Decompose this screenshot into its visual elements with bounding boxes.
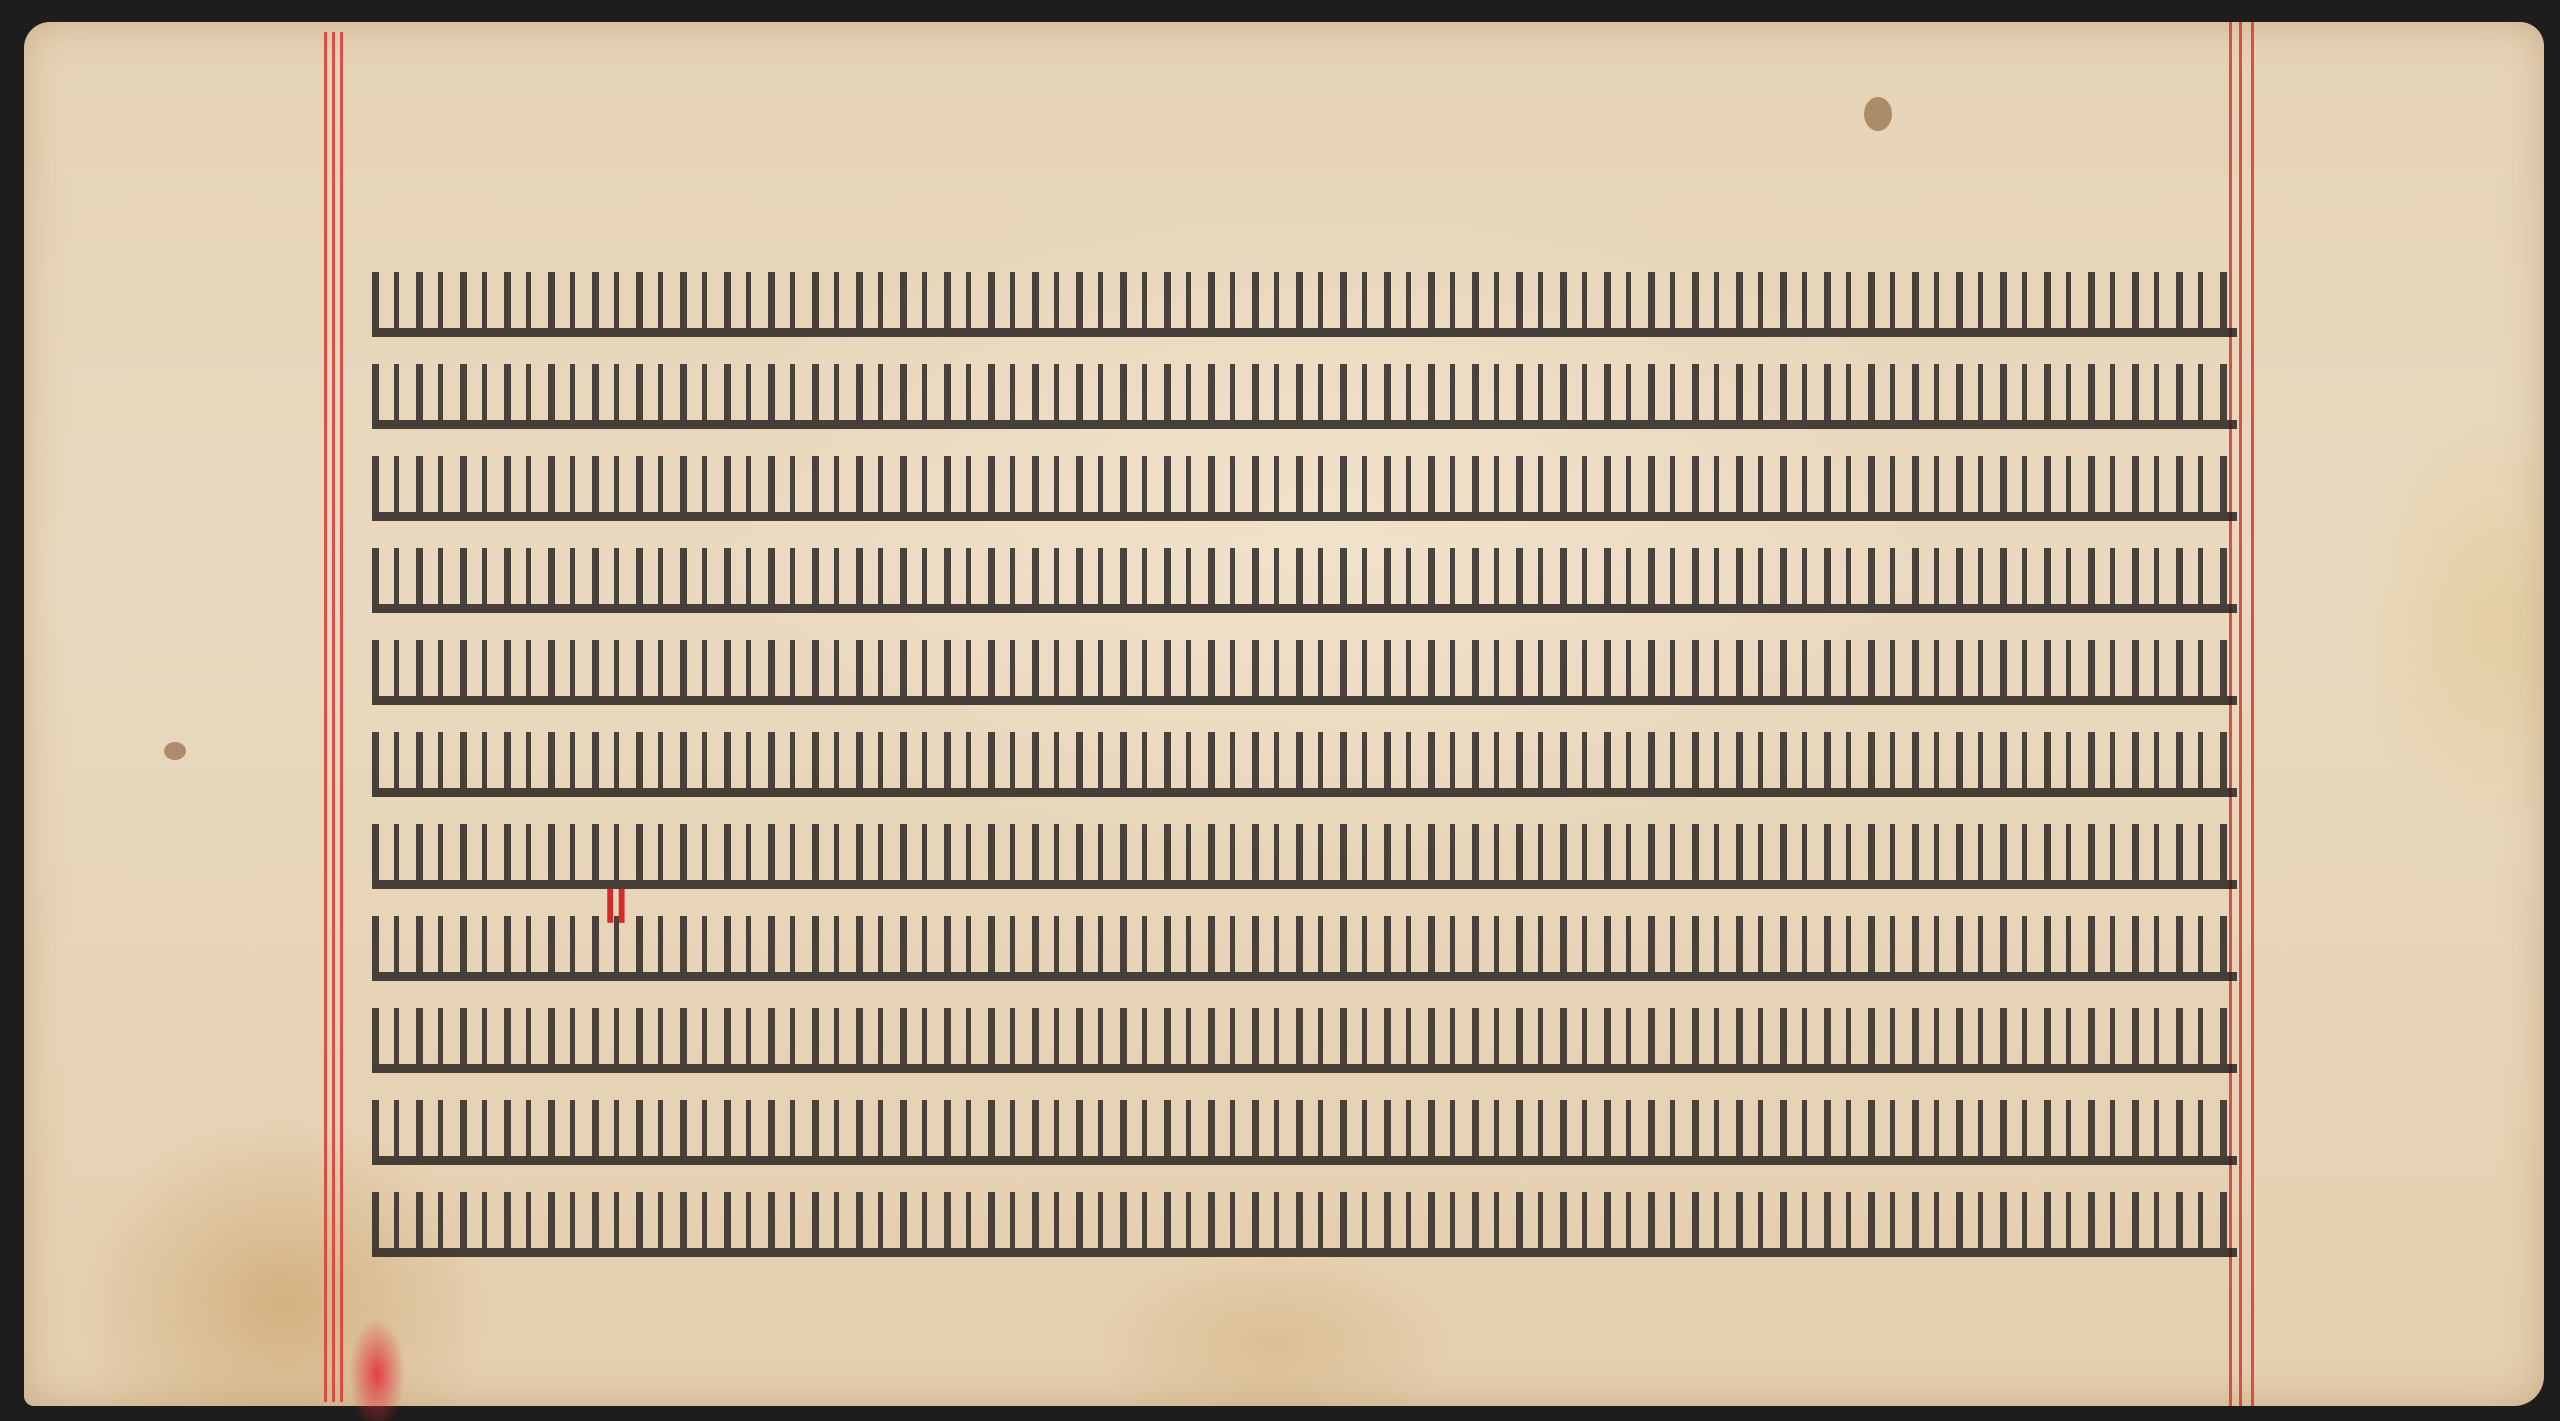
line-glyphs bbox=[372, 1100, 2237, 1165]
text-line bbox=[372, 994, 2237, 1086]
line-glyphs bbox=[372, 456, 2237, 521]
red-pigment-stain bbox=[342, 1302, 412, 1421]
left-margin-rule-3 bbox=[340, 32, 343, 1402]
text-line bbox=[372, 442, 2237, 534]
line-glyphs bbox=[372, 548, 2237, 613]
text-line bbox=[372, 718, 2237, 810]
line-glyphs bbox=[372, 916, 2237, 981]
text-line bbox=[372, 1178, 2237, 1270]
line-glyphs bbox=[372, 640, 2237, 705]
text-line bbox=[372, 626, 2237, 718]
text-line bbox=[372, 810, 2237, 902]
line-glyphs bbox=[372, 732, 2237, 797]
text-line bbox=[372, 350, 2237, 442]
left-margin-rule-1 bbox=[324, 32, 327, 1402]
text-line bbox=[372, 1086, 2237, 1178]
line-glyphs bbox=[372, 824, 2237, 889]
ink-spot bbox=[1864, 97, 1892, 131]
red-double-danda: ॥ bbox=[598, 867, 629, 938]
text-line bbox=[372, 258, 2237, 350]
right-margin-rule-3 bbox=[2251, 22, 2254, 1406]
text-line bbox=[372, 902, 2237, 994]
line-glyphs bbox=[372, 1008, 2237, 1073]
right-margin-rule-2 bbox=[2239, 22, 2242, 1406]
line-glyphs bbox=[372, 1192, 2237, 1257]
text-line bbox=[372, 534, 2237, 626]
manuscript-text-block bbox=[372, 258, 2237, 1270]
line-glyphs bbox=[372, 364, 2237, 429]
left-margin-rule-2 bbox=[332, 32, 335, 1402]
line-glyphs bbox=[372, 272, 2237, 337]
ink-spot bbox=[164, 742, 186, 760]
